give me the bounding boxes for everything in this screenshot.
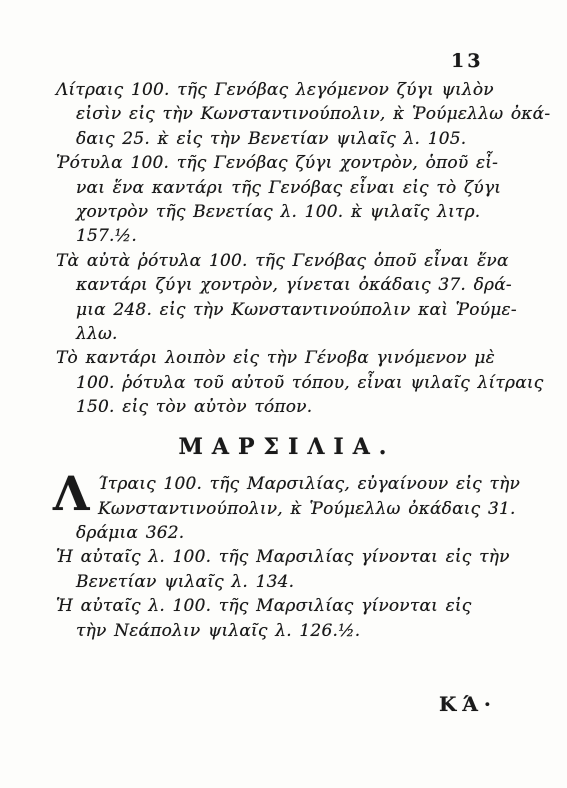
text-line: 100. ῥότυλα τοῦ αὐτοῦ τόπου, εἶναι ψιλαῖ… xyxy=(76,371,518,395)
text-line: ναι ἕνα καντάρι τῆς Γενόβας εἶναι εἰς τὸ… xyxy=(76,176,518,200)
text-line: 157.½. xyxy=(76,224,518,248)
book-page: 13 Λίτραις 100. τῆς Γενόβας λεγόμενον ζύ… xyxy=(0,0,567,788)
paragraph-marseille-2: Ἡ αὐταῖς λ. 100. τῆς Μαρσιλίας γίνονται … xyxy=(56,545,518,594)
text-line: Ἡ αὐταῖς λ. 100. τῆς Μαρσιλίας γίνονται … xyxy=(56,545,518,569)
text-line: καντάρι ζύγι χοντρὸν, γίνεται ὀκάδαις 37… xyxy=(76,273,518,297)
paragraph-genoa-3: Τὰ αὐτὰ ῥότυλα 100. τῆς Γενόβας ὁποῦ εἶν… xyxy=(56,249,518,347)
text-column: Λίτραις 100. τῆς Γενόβας λεγόμενον ζύγι … xyxy=(56,78,518,643)
text-line: Κωνσταντινούπολιν, κ̀ Ῥούμελλω ὀκάδαις 3… xyxy=(98,497,518,521)
text-line: Τὰ αὐτὰ ῥότυλα 100. τῆς Γενόβας ὁποῦ εἶν… xyxy=(56,249,518,273)
text-line: Βενετίαν ψιλαῖς λ. 134. xyxy=(76,570,518,594)
paragraph-marseille-1: Λ Ίτραις 100. τῆς Μαρσιλίας, εὐγαίνουν ε… xyxy=(56,472,518,545)
catchword: ΚΆ· xyxy=(439,692,497,716)
section-heading-marseille: ΜΑΡΣΙΛΙΑ. xyxy=(56,435,518,459)
page-number: 13 xyxy=(451,50,483,72)
text-line: χοντρὸν τῆς Βενετίας λ. 100. κ̀ ψιλαῖς λ… xyxy=(76,200,518,224)
text-line: Ἡ αὐταῖς λ. 100. τῆς Μαρσιλίας γίνονται … xyxy=(56,594,518,618)
text-line: Ίτραις 100. τῆς Μαρσιλίας, εὐγαίνουν εἰς… xyxy=(98,472,518,496)
text-line: δράμια 362. xyxy=(76,521,518,545)
paragraph-genoa-4: Τὸ καντάρι λοιπὸν εἰς τὴν Γένοβα γινόμεν… xyxy=(56,346,518,419)
text-line: δαις 25. κ̀ εἰς τὴν Βενετίαν ψιλαῖς λ. 1… xyxy=(76,127,518,151)
text-line: λλω. xyxy=(76,322,518,346)
paragraph-marseille-3: Ἡ αὐταῖς λ. 100. τῆς Μαρσιλίας γίνονται … xyxy=(56,594,518,643)
text-line: 150. εἰς τὸν αὐτὸν τόπον. xyxy=(76,395,518,419)
text-line: Τὸ καντάρι λοιπὸν εἰς τὴν Γένοβα γινόμεν… xyxy=(56,346,518,370)
text-line: εἰσὶν εἰς τὴν Κωνσταντινούπολιν, κ̀ Ῥούμ… xyxy=(76,102,518,126)
text-line: Ῥότυλα 100. τῆς Γενόβας ζύγι χοντρὸν, ὁπ… xyxy=(56,151,518,175)
paragraph-genoa-2: Ῥότυλα 100. τῆς Γενόβας ζύγι χοντρὸν, ὁπ… xyxy=(56,151,518,249)
drop-cap-letter: Λ xyxy=(53,473,90,517)
text-line: μια 248. εἰς τὴν Κωνσταντινούπολιν καὶ Ῥ… xyxy=(76,298,518,322)
paragraph-genoa-1: Λίτραις 100. τῆς Γενόβας λεγόμενον ζύγι … xyxy=(56,78,518,151)
text-line: τὴν Νεάπολιν ψιλαῖς λ. 126.½. xyxy=(76,619,518,643)
text-line: Λίτραις 100. τῆς Γενόβας λεγόμενον ζύγι … xyxy=(56,78,518,102)
